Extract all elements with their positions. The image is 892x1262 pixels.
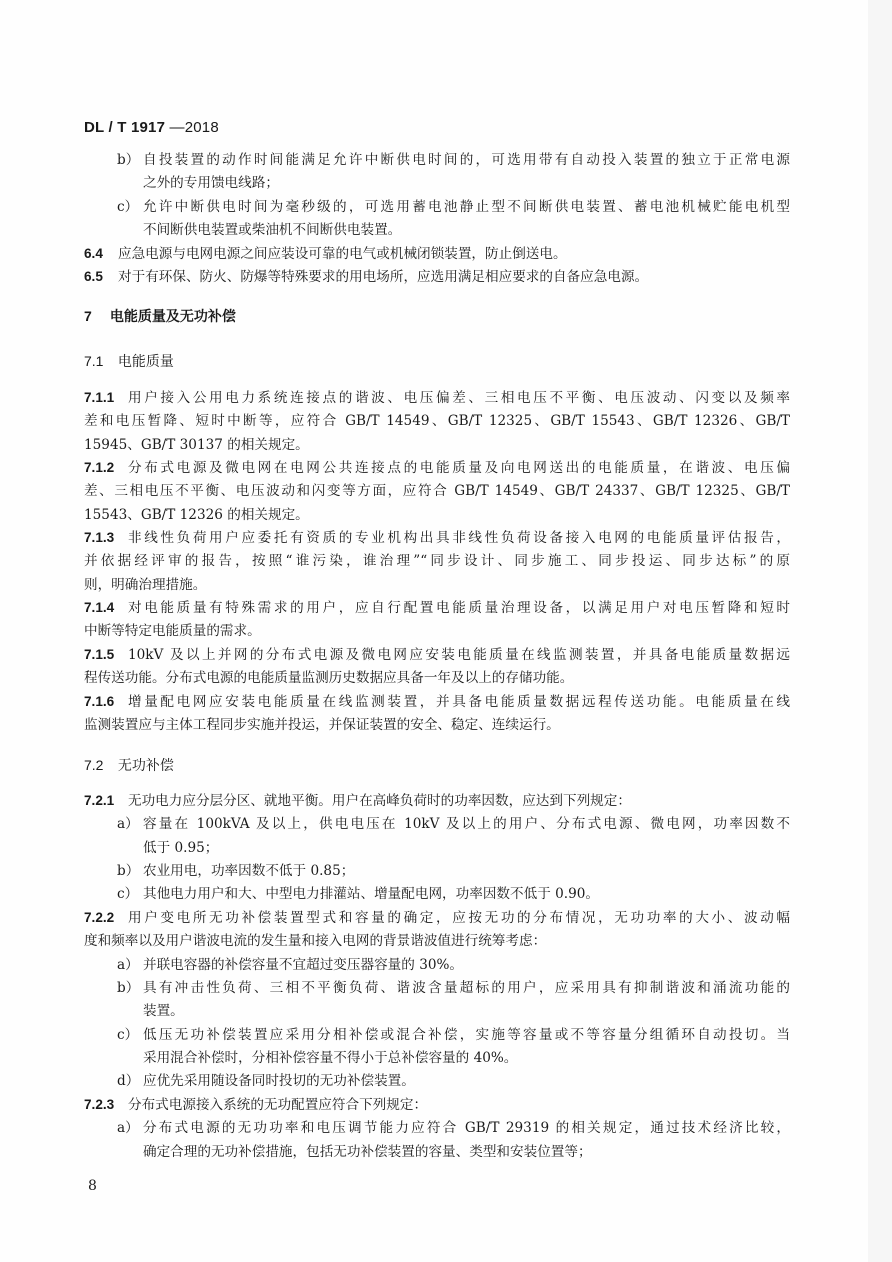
line-text: 容量在 100kVA 及以上，供电电压在 10kV 及以上的用户、分布式电源、微… bbox=[143, 815, 790, 833]
line-text: 农业用电，功率因数不低于 0.85； bbox=[143, 862, 354, 880]
section-title: 电能质量 bbox=[118, 353, 174, 369]
clause-number: 7.1.4 bbox=[84, 599, 128, 617]
header-separator: — bbox=[170, 119, 185, 136]
text-line: b）具有冲击性负荷、三相不平衡负荷、谐波含量超标的用户，应采用具有抑制谐波和涌流… bbox=[117, 979, 790, 997]
list-marker: a） bbox=[117, 815, 143, 833]
line-text: 确定合理的无功补偿措施，包括无功补偿装置的容量、类型和安装位置等； bbox=[143, 1143, 592, 1161]
list-marker: c） bbox=[117, 1026, 143, 1044]
line-text: 低于 0.95； bbox=[143, 839, 218, 857]
section-7-heading: 7 电能质量及无功补偿 bbox=[84, 307, 236, 325]
list-marker: b） bbox=[117, 979, 143, 997]
text-line: 监测装置应与主体工程同步实施并投运，并保证装置的安全、稳定、连续运行。 bbox=[84, 716, 560, 734]
section-number: 7 bbox=[84, 307, 106, 325]
line-text: 差、三相电压不平衡、电压波动和闪变等方面，应符合 GB/T 14549、GB/T… bbox=[84, 482, 790, 500]
text-line: 7.1.1用户接入公用电力系统连接点的谐波、电压偏差、三相电压不平衡、电压波动、… bbox=[84, 389, 790, 407]
text-line: 中断等特定电能质量的需求。 bbox=[84, 622, 261, 640]
page-edge-shadow bbox=[868, 0, 892, 1262]
line-text: 应急电源与电网电源之间应装设可靠的电气或机械闭锁装置，防止倒送电。 bbox=[118, 245, 567, 263]
text-line: 7.1.3非线性负荷用户应委托有资质的专业机构出具非线性负荷设备接入电网的电能质… bbox=[84, 529, 790, 547]
line-text: 中断等特定电能质量的需求。 bbox=[84, 622, 261, 640]
text-line: 7.1.510kV 及以上并网的分布式电源及微电网应安装电能质量在线监测装置，并… bbox=[84, 646, 790, 664]
text-line: 差、三相电压不平衡、电压波动和闪变等方面，应符合 GB/T 14549、GB/T… bbox=[84, 482, 790, 500]
list-marker: d） bbox=[117, 1072, 143, 1090]
text-line: 6.5对于有环保、防火、防爆等特殊要求的用电场所，应选用满足相应要求的自备应急电… bbox=[84, 268, 648, 286]
list-marker: a） bbox=[117, 1119, 143, 1137]
line-text: 非线性负荷用户应委托有资质的专业机构出具非线性负荷设备接入电网的电能质量评估报告… bbox=[128, 529, 790, 547]
text-line: a）分布式电源的无功功率和电压调节能力应符合 GB/T 29319 的相关规定，… bbox=[117, 1119, 790, 1137]
text-line: 7.2.2用户变电所无功补偿装置型式和容量的确定，应按无功的分布情况，无功功率的… bbox=[84, 909, 790, 927]
standard-year: 2018 bbox=[185, 119, 219, 136]
text-line: c）允许中断供电时间为毫秒级的，可选用蓄电池静止型不间断供电装置、蓄电池机械贮能… bbox=[117, 198, 790, 216]
line-text: 具有冲击性负荷、三相不平衡负荷、谐波含量超标的用户，应采用具有抑制谐波和涌流功能… bbox=[143, 979, 790, 997]
text-line: 确定合理的无功补偿措施，包括无功补偿装置的容量、类型和安装位置等； bbox=[143, 1143, 592, 1161]
text-line: 低于 0.95； bbox=[143, 839, 218, 857]
line-text: 允许中断供电时间为毫秒级的，可选用蓄电池静止型不间断供电装置、蓄电池机械贮能电机… bbox=[143, 198, 790, 216]
text-line: a）容量在 100kVA 及以上，供电电压在 10kV 及以上的用户、分布式电源… bbox=[117, 815, 790, 833]
line-text: 低压无功补偿装置应采用分相补偿或混合补偿，实施等容量或不等容量分组循环自动投切。… bbox=[143, 1026, 790, 1044]
section-number: 7.2 bbox=[84, 756, 114, 774]
line-text: 之外的专用馈电线路； bbox=[143, 174, 279, 192]
section-7-1-heading: 7.1 电能质量 bbox=[84, 352, 174, 370]
text-line: 之外的专用馈电线路； bbox=[143, 174, 279, 192]
text-line: 差和电压暂降、短时中断等，应符合 GB/T 14549、GB/T 12325、G… bbox=[84, 412, 790, 430]
text-line: c）低压无功补偿装置应采用分相补偿或混合补偿，实施等容量或不等容量分组循环自动投… bbox=[117, 1026, 790, 1044]
line-text: 分布式电源接入系统的无功配置应符合下列规定： bbox=[128, 1096, 427, 1114]
clause-number: 7.1.2 bbox=[84, 459, 128, 477]
line-text: 用户接入公用电力系统连接点的谐波、电压偏差、三相电压不平衡、电压波动、闪变以及频… bbox=[128, 389, 790, 407]
line-text: 程传送功能。分布式电源的电能质量监测历史数据应具备一年及以上的存储功能。 bbox=[84, 669, 573, 687]
text-line: 6.4应急电源与电网电源之间应装设可靠的电气或机械闭锁装置，防止倒送电。 bbox=[84, 245, 567, 263]
standard-header: DL / T 1917 —2018 bbox=[84, 119, 219, 136]
text-line: 则，明确治理措施。 bbox=[84, 576, 206, 594]
section-7-2-heading: 7.2 无功补偿 bbox=[84, 756, 174, 774]
list-marker: a） bbox=[117, 956, 143, 974]
section-number: 7.1 bbox=[84, 352, 114, 370]
line-text: 差和电压暂降、短时中断等，应符合 GB/T 14549、GB/T 12325、G… bbox=[84, 412, 790, 430]
text-line: 采用混合补偿时，分相补偿容量不得小于总补偿容量的 40%。 bbox=[143, 1049, 517, 1067]
text-line: 程传送功能。分布式电源的电能质量监测历史数据应具备一年及以上的存储功能。 bbox=[84, 669, 573, 687]
text-line: 15945、GB/T 30137 的相关规定。 bbox=[84, 436, 309, 454]
line-text: 并依据经评审的报告，按照“谁污染，谁治理”“同步设计、同步施工、同步投运、同步达… bbox=[84, 552, 790, 570]
line-text: 15945、GB/T 30137 的相关规定。 bbox=[84, 436, 309, 454]
line-text: 增量配电网应安装电能质量在线监测装置，并具备电能质量数据远程传送功能。电能质量在… bbox=[128, 693, 790, 711]
list-marker: c） bbox=[117, 885, 143, 903]
text-line: b）自投装置的动作时间能满足允许中断供电时间的，可选用带有自动投入装置的独立于正… bbox=[117, 151, 790, 169]
line-text: 对电能质量有特殊需求的用户，应自行配置电能质量治理设备，以满足用户对电压暂降和短… bbox=[128, 599, 790, 617]
clause-number: 7.1.6 bbox=[84, 693, 128, 711]
line-text: 装置。 bbox=[143, 1002, 184, 1020]
text-line: 7.1.2分布式电源及微电网在电网公共连接点的电能质量及向电网送出的电能质量，在… bbox=[84, 459, 790, 477]
line-text: 并联电容器的补偿容量不宜超过变压器容量的 30%。 bbox=[143, 956, 463, 974]
line-text: 分布式电源及微电网在电网公共连接点的电能质量及向电网送出的电能质量，在谐波、电压… bbox=[128, 459, 790, 477]
clause-number: 7.1.5 bbox=[84, 646, 128, 664]
text-line: 并依据经评审的报告，按照“谁污染，谁治理”“同步设计、同步施工、同步投运、同步达… bbox=[84, 552, 790, 570]
text-line: 度和频率以及用户谐波电流的发生量和接入电网的背景谐波值进行统筹考虑： bbox=[84, 932, 546, 950]
page-number: 8 bbox=[88, 1178, 97, 1194]
section-title: 无功补偿 bbox=[118, 757, 174, 773]
list-marker: b） bbox=[117, 862, 143, 880]
section-title: 电能质量及无功补偿 bbox=[110, 308, 236, 324]
text-line: b）农业用电，功率因数不低于 0.85； bbox=[117, 862, 354, 880]
clause-number: 6.4 bbox=[84, 245, 118, 263]
line-text: 自投装置的动作时间能满足允许中断供电时间的，可选用带有自动投入装置的独立于正常电… bbox=[143, 151, 790, 169]
clause-number: 7.2.3 bbox=[84, 1096, 128, 1114]
clause-number: 7.1.1 bbox=[84, 389, 128, 407]
line-text: 采用混合补偿时，分相补偿容量不得小于总补偿容量的 40%。 bbox=[143, 1049, 517, 1067]
line-text: 监测装置应与主体工程同步实施并投运，并保证装置的安全、稳定、连续运行。 bbox=[84, 716, 560, 734]
line-text: 其他电力用户和大、中型电力排灌站、增量配电网，功率因数不低于 0.90。 bbox=[143, 885, 599, 903]
text-line: 装置。 bbox=[143, 1002, 184, 1020]
text-line: 7.2.3分布式电源接入系统的无功配置应符合下列规定： bbox=[84, 1096, 427, 1114]
clause-number: 7.1.3 bbox=[84, 529, 128, 547]
text-line: a）并联电容器的补偿容量不宜超过变压器容量的 30%。 bbox=[117, 956, 463, 974]
line-text: 则，明确治理措施。 bbox=[84, 576, 206, 594]
text-line: 15543、GB/T 12326 的相关规定。 bbox=[84, 506, 309, 524]
clause-number: 6.5 bbox=[84, 268, 118, 286]
text-line: 7.2.1无功电力应分层分区、就地平衡。用户在高峰负荷时的功率因数，应达到下列规… bbox=[84, 792, 631, 810]
text-line: 7.1.6增量配电网应安装电能质量在线监测装置，并具备电能质量数据远程传送功能。… bbox=[84, 693, 790, 711]
standard-code: DL / T 1917 bbox=[84, 119, 165, 136]
line-text: 应优先采用随设备同时投切的无功补偿装置。 bbox=[143, 1072, 415, 1090]
line-text: 无功电力应分层分区、就地平衡。用户在高峰负荷时的功率因数，应达到下列规定： bbox=[128, 792, 631, 810]
line-text: 不间断供电装置或柴油机不间断供电装置。 bbox=[143, 221, 401, 239]
text-line: 不间断供电装置或柴油机不间断供电装置。 bbox=[143, 221, 401, 239]
list-marker: b） bbox=[117, 151, 143, 169]
list-marker: c） bbox=[117, 198, 143, 216]
line-text: 度和频率以及用户谐波电流的发生量和接入电网的背景谐波值进行统筹考虑： bbox=[84, 932, 546, 950]
line-text: 分布式电源的无功功率和电压调节能力应符合 GB/T 29319 的相关规定，通过… bbox=[143, 1119, 790, 1137]
line-text: 对于有环保、防火、防爆等特殊要求的用电场所，应选用满足相应要求的自备应急电源。 bbox=[118, 268, 648, 286]
text-line: 7.1.4对电能质量有特殊需求的用户，应自行配置电能质量治理设备，以满足用户对电… bbox=[84, 599, 790, 617]
line-text: 用户变电所无功补偿装置型式和容量的确定，应按无功的分布情况，无功功率的大小、波动… bbox=[128, 909, 790, 927]
document-page: DL / T 1917 —2018 b）自投装置的动作时间能满足允许中断供电时间… bbox=[0, 0, 892, 1262]
clause-number: 7.2.2 bbox=[84, 909, 128, 927]
line-text: 10kV 及以上并网的分布式电源及微电网应安装电能质量在线监测装置，并具备电能质… bbox=[128, 646, 790, 664]
line-text: 15543、GB/T 12326 的相关规定。 bbox=[84, 506, 309, 524]
text-line: c）其他电力用户和大、中型电力排灌站、增量配电网，功率因数不低于 0.90。 bbox=[117, 885, 599, 903]
clause-number: 7.2.1 bbox=[84, 792, 128, 810]
text-line: d）应优先采用随设备同时投切的无功补偿装置。 bbox=[117, 1072, 415, 1090]
